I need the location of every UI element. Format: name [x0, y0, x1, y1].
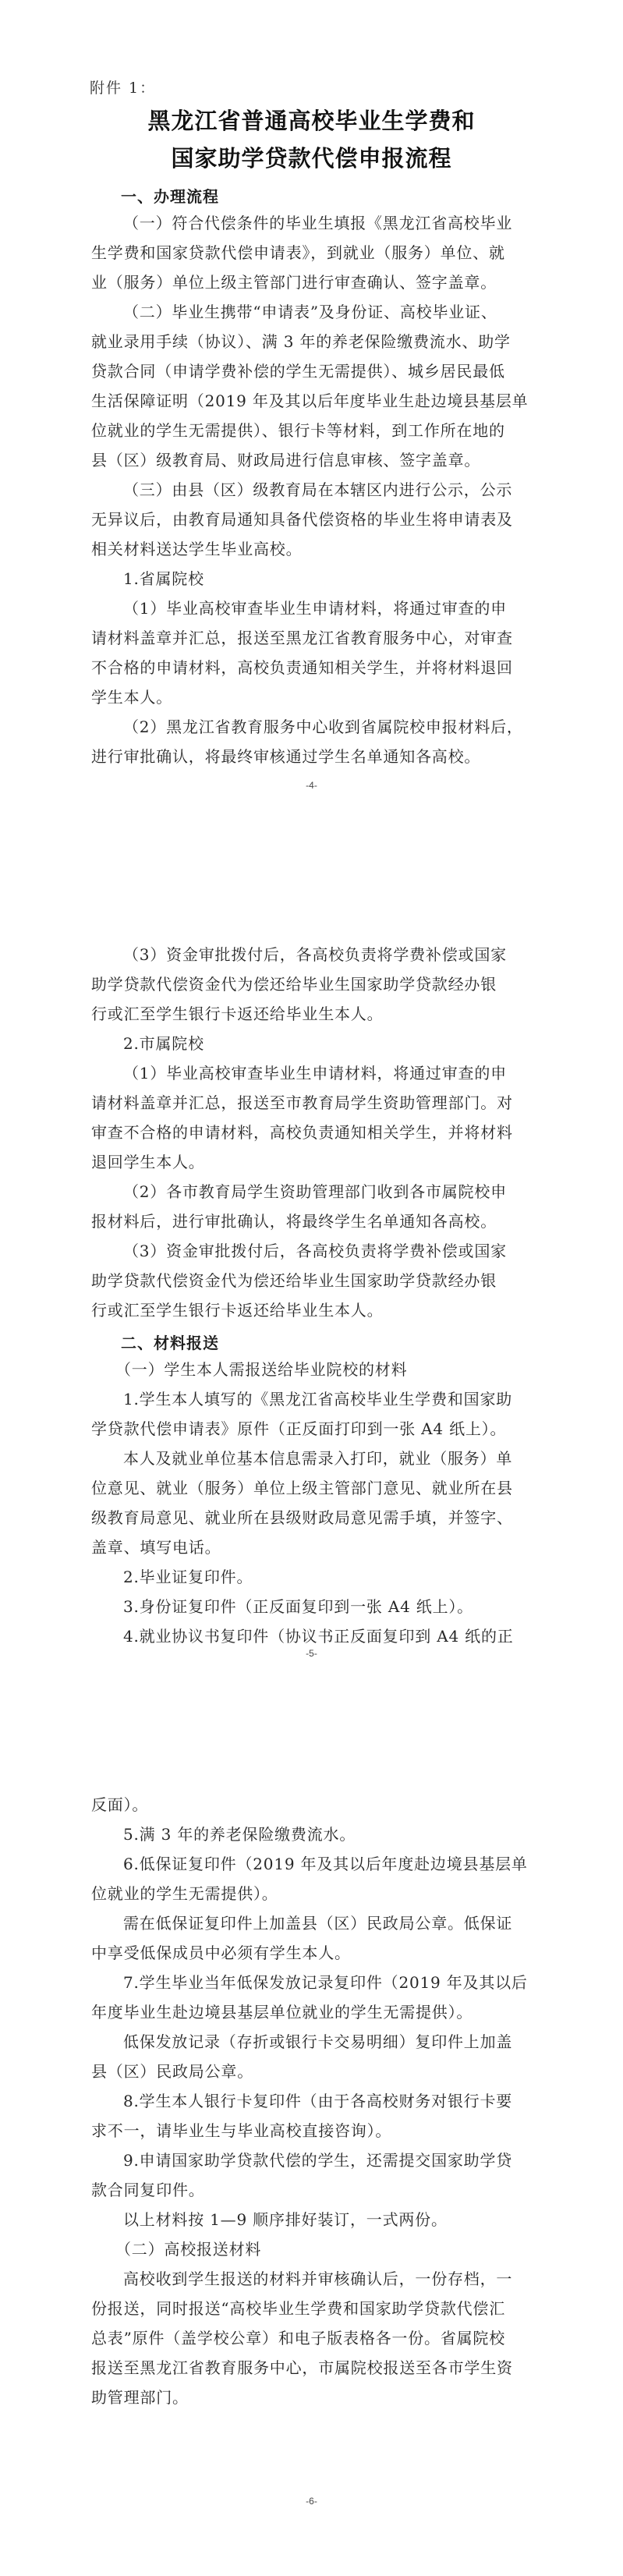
list-item: 1.学生本人填写的《黑龙江省高校毕业生学费和国家助: [123, 1390, 512, 1408]
paragraph-line: （3）资金审批拨付后，各高校负责将学费补偿或国家: [123, 945, 507, 964]
section-heading-procedure: 一、办理流程: [121, 184, 219, 207]
section-heading-materials: 二、材料报送: [121, 1331, 219, 1353]
list-item: 9.申请国家助学贷款代偿的学生，还需提交国家助学贷: [123, 2151, 512, 2170]
paragraph-line: 份报送，同时报送“高校毕业生学费和国家助学贷款代偿汇: [91, 2299, 505, 2318]
paragraph-line: 请材料盖章并汇总，报送至黑龙江省教育服务中心，对审查: [91, 629, 513, 647]
paragraph-line: 报材料后，进行审批确认，将最终学生名单通知各高校。: [91, 1212, 497, 1231]
paragraph-line: 学贷款代偿申请表》原件（正反面打印到一张 A4 纸上）。: [91, 1419, 506, 1438]
subheading-student-materials: （一）学生本人需报送给毕业院校的材料: [115, 1360, 407, 1379]
paragraph-line: 位就业的学生无需提供）、银行卡等材料，到工作所在地的: [91, 421, 505, 440]
document-title-line-2: 国家助学贷款代偿申报流程: [0, 141, 623, 173]
paragraph-line: 助学贷款代偿资金代为偿还给毕业生国家助学贷款经办银: [91, 975, 497, 994]
paragraph-line: （2）黑龙江省教育服务中心收到省属院校申报材料后，: [123, 718, 523, 736]
paragraph-line: 低保发放记录（存折或银行卡交易明细）复印件上加盖: [123, 2032, 512, 2051]
paragraph-line: 总表”原件（盖学校公章）和电子版表格各一份。省属院校: [91, 2329, 505, 2347]
paragraph-line: 审查不合格的申请材料，高校负责通知相关学生，并将材料: [91, 1123, 513, 1142]
paragraph-line: （3）资金审批拨付后，各高校负责将学费补偿或国家: [123, 1242, 507, 1260]
paragraph-line: 级教育局意见、就业所在县级财政局意见需手填，并签字、: [91, 1508, 513, 1527]
paragraph-line: 生活保障证明（2019 年及其以后年度毕业生赴边境县基层单: [91, 392, 528, 410]
paragraph-line: 就业录用手续（协议）、满 3 年的养老保险缴费流水、助学: [91, 332, 511, 351]
paragraph-line: 业（服务）单位上级主管部门进行审查确认、签字盖章。: [91, 273, 497, 292]
paragraph-line: 退回学生本人。: [91, 1153, 205, 1171]
paragraph-line: 助学贷款代偿资金代为偿还给毕业生国家助学贷款经办银: [91, 1271, 497, 1290]
page-number: -4-: [0, 780, 623, 791]
paragraph-line: 年度毕业生赴边境县基层单位就业的学生无需提供）。: [91, 2003, 473, 2021]
paragraph-line: 无异议后，由教育局通知具备代偿资格的毕业生将申请表及: [91, 510, 513, 529]
paragraph-line: 本人及就业单位基本信息需录入打印，就业（服务）单: [123, 1449, 512, 1468]
list-item: 7.学生毕业当年低保发放记录复印件（2019 年及其以后: [123, 1973, 528, 1992]
paragraph-line: 相关材料送达学生毕业高校。: [91, 540, 302, 558]
subheading-school-materials: （二）高校报送材料: [115, 2240, 261, 2259]
paragraph-line: 以上材料按 1—9 顺序排好装订，一式两份。: [123, 2210, 448, 2229]
paragraph-line: （三）由县（区）级教育局在本辖区内进行公示，公示: [123, 480, 512, 499]
paragraph-line: （1）毕业高校审查毕业生申请材料，将通过审查的申: [123, 599, 507, 618]
paragraph-line: （一）符合代偿条件的毕业生填报《黑龙江省高校毕业: [123, 214, 512, 232]
subheading-provincial-schools: 1.省属院校: [123, 569, 204, 588]
page-number: -5-: [0, 1648, 623, 1659]
paragraph-line: （二）毕业生携带“申请表”及身份证、高校毕业证、: [123, 303, 497, 321]
paragraph-line: 生学费和国家贷款代偿申请表》，到就业（服务）单位、就: [91, 243, 505, 262]
paragraph-line: 学生本人。: [91, 688, 172, 707]
list-item: 4.就业协议书复印件（协议书正反面复印到 A4 纸的正: [123, 1627, 514, 1646]
list-item: 5.满 3 年的养老保险缴费流水。: [123, 1825, 356, 1844]
paragraph-line: 进行审批确认，将最终审核通过学生名单通知各高校。: [91, 747, 480, 766]
paragraph-line: 不合格的申请材料，高校负责通知相关学生，并将材料退回: [91, 658, 513, 677]
subheading-municipal-schools: 2.市属院校: [123, 1034, 204, 1053]
paragraph-line: （2）各市教育局学生资助管理部门收到各市属院校申: [123, 1182, 507, 1201]
paragraph-line: 县（区）级教育局、财政局进行信息审核、签字盖章。: [91, 451, 480, 469]
page-4: 附件 1： 黑龙江省普通高校毕业生学费和 国家助学贷款代偿申报流程 一、办理流程…: [0, 0, 623, 842]
paragraph-line: 位就业的学生无需提供）。: [91, 1884, 278, 1903]
list-item: 8.学生本人银行卡复印件（由于各高校财务对银行卡要: [123, 2092, 512, 2110]
paragraph-line: 反面）。: [91, 1795, 148, 1814]
list-item: 6.低保证复印件（2019 年及其以后年度赴边境县基层单: [123, 1855, 528, 1873]
paragraph-line: 款合同复印件。: [91, 2181, 205, 2199]
paragraph-line: 行或汇至学生银行卡返还给毕业生本人。: [91, 1301, 383, 1320]
paragraph-line: 贷款合同（申请学费补偿的学生无需提供）、城乡居民最低: [91, 362, 505, 381]
paragraph-line: 盖章、填写电话。: [91, 1538, 221, 1557]
paragraph-line: 县（区）民政局公章。: [91, 2062, 253, 2081]
paragraph-line: 中享受低保成员中必须有学生本人。: [91, 1944, 351, 1962]
list-item: 2.毕业证复印件。: [123, 1568, 253, 1586]
list-item: 3.身份证复印件（正反面复印到一张 A4 纸上）。: [123, 1597, 473, 1616]
paragraph-line: 助管理部门。: [91, 2388, 189, 2407]
document-title-line-1: 黑龙江省普通高校毕业生学费和: [0, 104, 623, 136]
paragraph-line: 需在低保证复印件上加盖县（区）民政局公章。低保证: [123, 1914, 512, 1933]
paragraph-line: 行或汇至学生银行卡返还给毕业生本人。: [91, 1005, 383, 1023]
page-6: 反面）。 5.满 3 年的养老保险缴费流水。 6.低保证复印件（2019 年及其…: [0, 1700, 623, 2576]
paragraph-line: 位意见、就业（服务）单位上级主管部门意见、就业所在县: [91, 1479, 513, 1497]
page-number: -6-: [0, 2496, 623, 2507]
attachment-label: 附件 1：: [90, 76, 156, 97]
paragraph-line: 求不一，请毕业生与毕业高校直接咨询）。: [91, 2121, 391, 2140]
page-5: （3）资金审批拨付后，各高校负责将学费补偿或国家 助学贷款代偿资金代为偿还给毕业…: [0, 842, 623, 1700]
paragraph-line: 高校收到学生报送的材料并审核确认后，一份存档，一: [123, 2270, 512, 2288]
paragraph-line: （1）毕业高校审查毕业生申请材料，将通过审查的申: [123, 1064, 507, 1082]
paragraph-line: 报送至黑龙江省教育服务中心，市属院校报送至各市学生资: [91, 2358, 513, 2377]
paragraph-line: 请材料盖章并汇总，报送至市教育局学生资助管理部门。对: [91, 1093, 513, 1112]
